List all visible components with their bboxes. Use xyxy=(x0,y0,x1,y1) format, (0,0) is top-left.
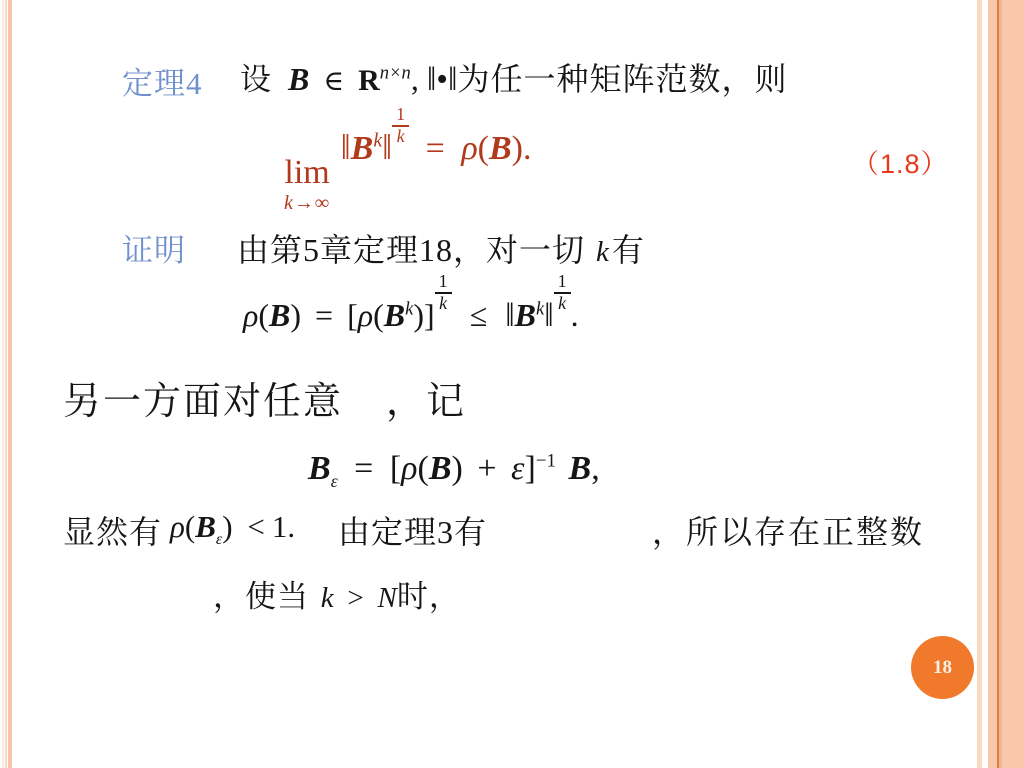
plus-sign: + xyxy=(477,450,496,487)
matrix-B-symbol: B xyxy=(195,509,216,544)
equals-sign: = xyxy=(354,450,373,487)
matrix-B-symbol: B xyxy=(429,450,452,487)
exponent-fraction-1-over-k: 1k xyxy=(435,272,452,313)
N-symbol: N xyxy=(377,582,396,614)
less-equal-sign: ≤ xyxy=(470,297,488,333)
power-k-superscript: k xyxy=(536,298,544,319)
paren-close-period: ). xyxy=(512,130,532,167)
left-border-stripe-1 xyxy=(2,0,4,768)
bracket-close: ] xyxy=(424,297,435,333)
proof-intro-text: 由第5章定理18，对一切 k有 xyxy=(237,225,645,271)
rho-symbol: ρ xyxy=(401,450,417,487)
norm-close-bars: ‖ xyxy=(544,297,553,334)
lim-subscript: k→∞ xyxy=(284,193,330,213)
exists-positive-integer-text: ，所以存在正整数 xyxy=(652,507,924,553)
equation-number: （1.8） xyxy=(852,142,949,181)
matrix-B-symbol: B xyxy=(288,61,309,97)
proof-pre-text: 由第5章定理18，对一切 xyxy=(237,232,585,268)
denote-text: ，记 xyxy=(386,370,466,425)
matrix-norm-symbol: ‖•‖ xyxy=(427,61,458,98)
page-number-badge: 18 xyxy=(911,636,974,699)
bracket-open: [ xyxy=(390,450,401,487)
k-symbol: k xyxy=(596,236,609,268)
period-token: . xyxy=(571,297,579,333)
page-number: 18 xyxy=(933,657,952,679)
proof-label: 证明 xyxy=(122,225,186,270)
less-than-sign: < xyxy=(247,509,264,544)
bracket-open: [ xyxy=(347,297,358,333)
right-border-stripe-2 xyxy=(988,0,997,768)
proof-post-text: 有 xyxy=(612,232,645,268)
fraction-denominator: k xyxy=(439,294,447,313)
k-symbol: k xyxy=(321,582,334,614)
left-border-stripe-2 xyxy=(5,0,7,768)
rho-symbol: ρ xyxy=(461,130,477,167)
matrix-B-symbol: B xyxy=(269,297,290,333)
norm-close-bars: ‖ xyxy=(382,127,392,167)
paren-open: ( xyxy=(418,450,429,487)
theorem-post-text: 为任一种矩阵范数，则 xyxy=(457,61,787,97)
other-hand-text: 另一方面对任意 xyxy=(63,370,343,425)
fraction-numerator: 1 xyxy=(554,272,571,294)
rho-B-epsilon-inline-math: ρ(Bε) <1. xyxy=(170,509,295,549)
fraction-numerator: 1 xyxy=(392,105,409,127)
rho-symbol: ρ xyxy=(170,509,185,544)
minus-one-superscript: −1 xyxy=(536,451,556,472)
matrix-B-symbol: B xyxy=(308,450,331,487)
left-border-stripe-3 xyxy=(8,0,12,768)
matrix-B-symbol: B xyxy=(351,130,374,167)
theorem-statement: 设 B ∈ Rn×n, ‖•‖为任一种矩阵范数，则 xyxy=(240,54,787,100)
power-k-superscript: k xyxy=(373,130,382,152)
fraction-denominator: k xyxy=(558,294,566,313)
matrix-B-symbol: B xyxy=(569,450,592,487)
greater-than-sign: > xyxy=(347,582,363,614)
matrix-B-symbol: B xyxy=(489,130,512,167)
bracket-close: ] xyxy=(524,450,535,487)
theorem-label: 定理4 xyxy=(122,58,203,103)
element-of-symbol: ∈ xyxy=(323,66,344,97)
paren-open: ( xyxy=(185,509,195,544)
equals-sign: = xyxy=(426,130,445,167)
fraction-denominator: k xyxy=(397,127,405,146)
fraction-numerator: 1 xyxy=(435,272,452,294)
one-period-token: 1. xyxy=(272,509,295,544)
matrix-B-symbol: B xyxy=(515,297,536,333)
right-border-stripe-4 xyxy=(1002,0,1024,768)
lim-operator: lim k→∞ xyxy=(284,156,330,213)
norm-open-bars: ‖ xyxy=(505,297,514,334)
comma-token: , xyxy=(591,450,600,487)
theorem-pre-text: 设 xyxy=(240,62,272,97)
epsilon-symbol: ε xyxy=(511,450,524,487)
matrix-B-symbol: B xyxy=(384,297,405,333)
comma-token: , xyxy=(411,61,419,97)
rho-symbol: ρ xyxy=(243,297,258,333)
clearly-text: 显然有 xyxy=(63,507,162,553)
rho-symbol: ρ xyxy=(358,297,373,333)
paren-close: ) xyxy=(413,297,424,333)
time-text: 时， xyxy=(397,579,461,614)
B-epsilon-definition-formula: Bε = [ρ(B) + ε]−1 B, xyxy=(308,450,600,492)
paren-close: ) xyxy=(222,509,232,544)
paren-close: ) xyxy=(290,297,301,333)
by-theorem3-text: 由定理3有 xyxy=(338,507,487,553)
when-k-greater-N-line: ，使当 k > N时， xyxy=(213,571,461,616)
slide: 定理4 设 B ∈ Rn×n, ‖•‖为任一种矩阵范数，则 lim k→∞ ‖B… xyxy=(0,0,1024,768)
lim-text: lim xyxy=(284,156,329,190)
paren-open: ( xyxy=(258,297,269,333)
paren-close: ) xyxy=(452,450,463,487)
matrix-dimension-superscript: n×n xyxy=(380,62,411,83)
epsilon-subscript: ε xyxy=(331,471,338,491)
paren-open: ( xyxy=(373,297,384,333)
right-border-stripe-1 xyxy=(977,0,982,768)
spectral-radius-inequality-formula: ρ(B) = [ρ(Bk)]1k ≤ ‖Bk‖1k. xyxy=(243,297,579,339)
exponent-fraction-1-over-k: 1k xyxy=(554,272,571,313)
real-space-symbol: R xyxy=(358,64,380,97)
limit-formula: lim k→∞ ‖Bk‖1k = ρ(B). xyxy=(284,126,532,213)
paren-open: ( xyxy=(478,130,489,167)
such-that-when-text: ，使当 xyxy=(213,579,309,614)
norm-open-bars: ‖ xyxy=(341,127,351,167)
exponent-fraction-1-over-k: 1k xyxy=(392,105,409,146)
equals-sign: = xyxy=(315,297,333,333)
